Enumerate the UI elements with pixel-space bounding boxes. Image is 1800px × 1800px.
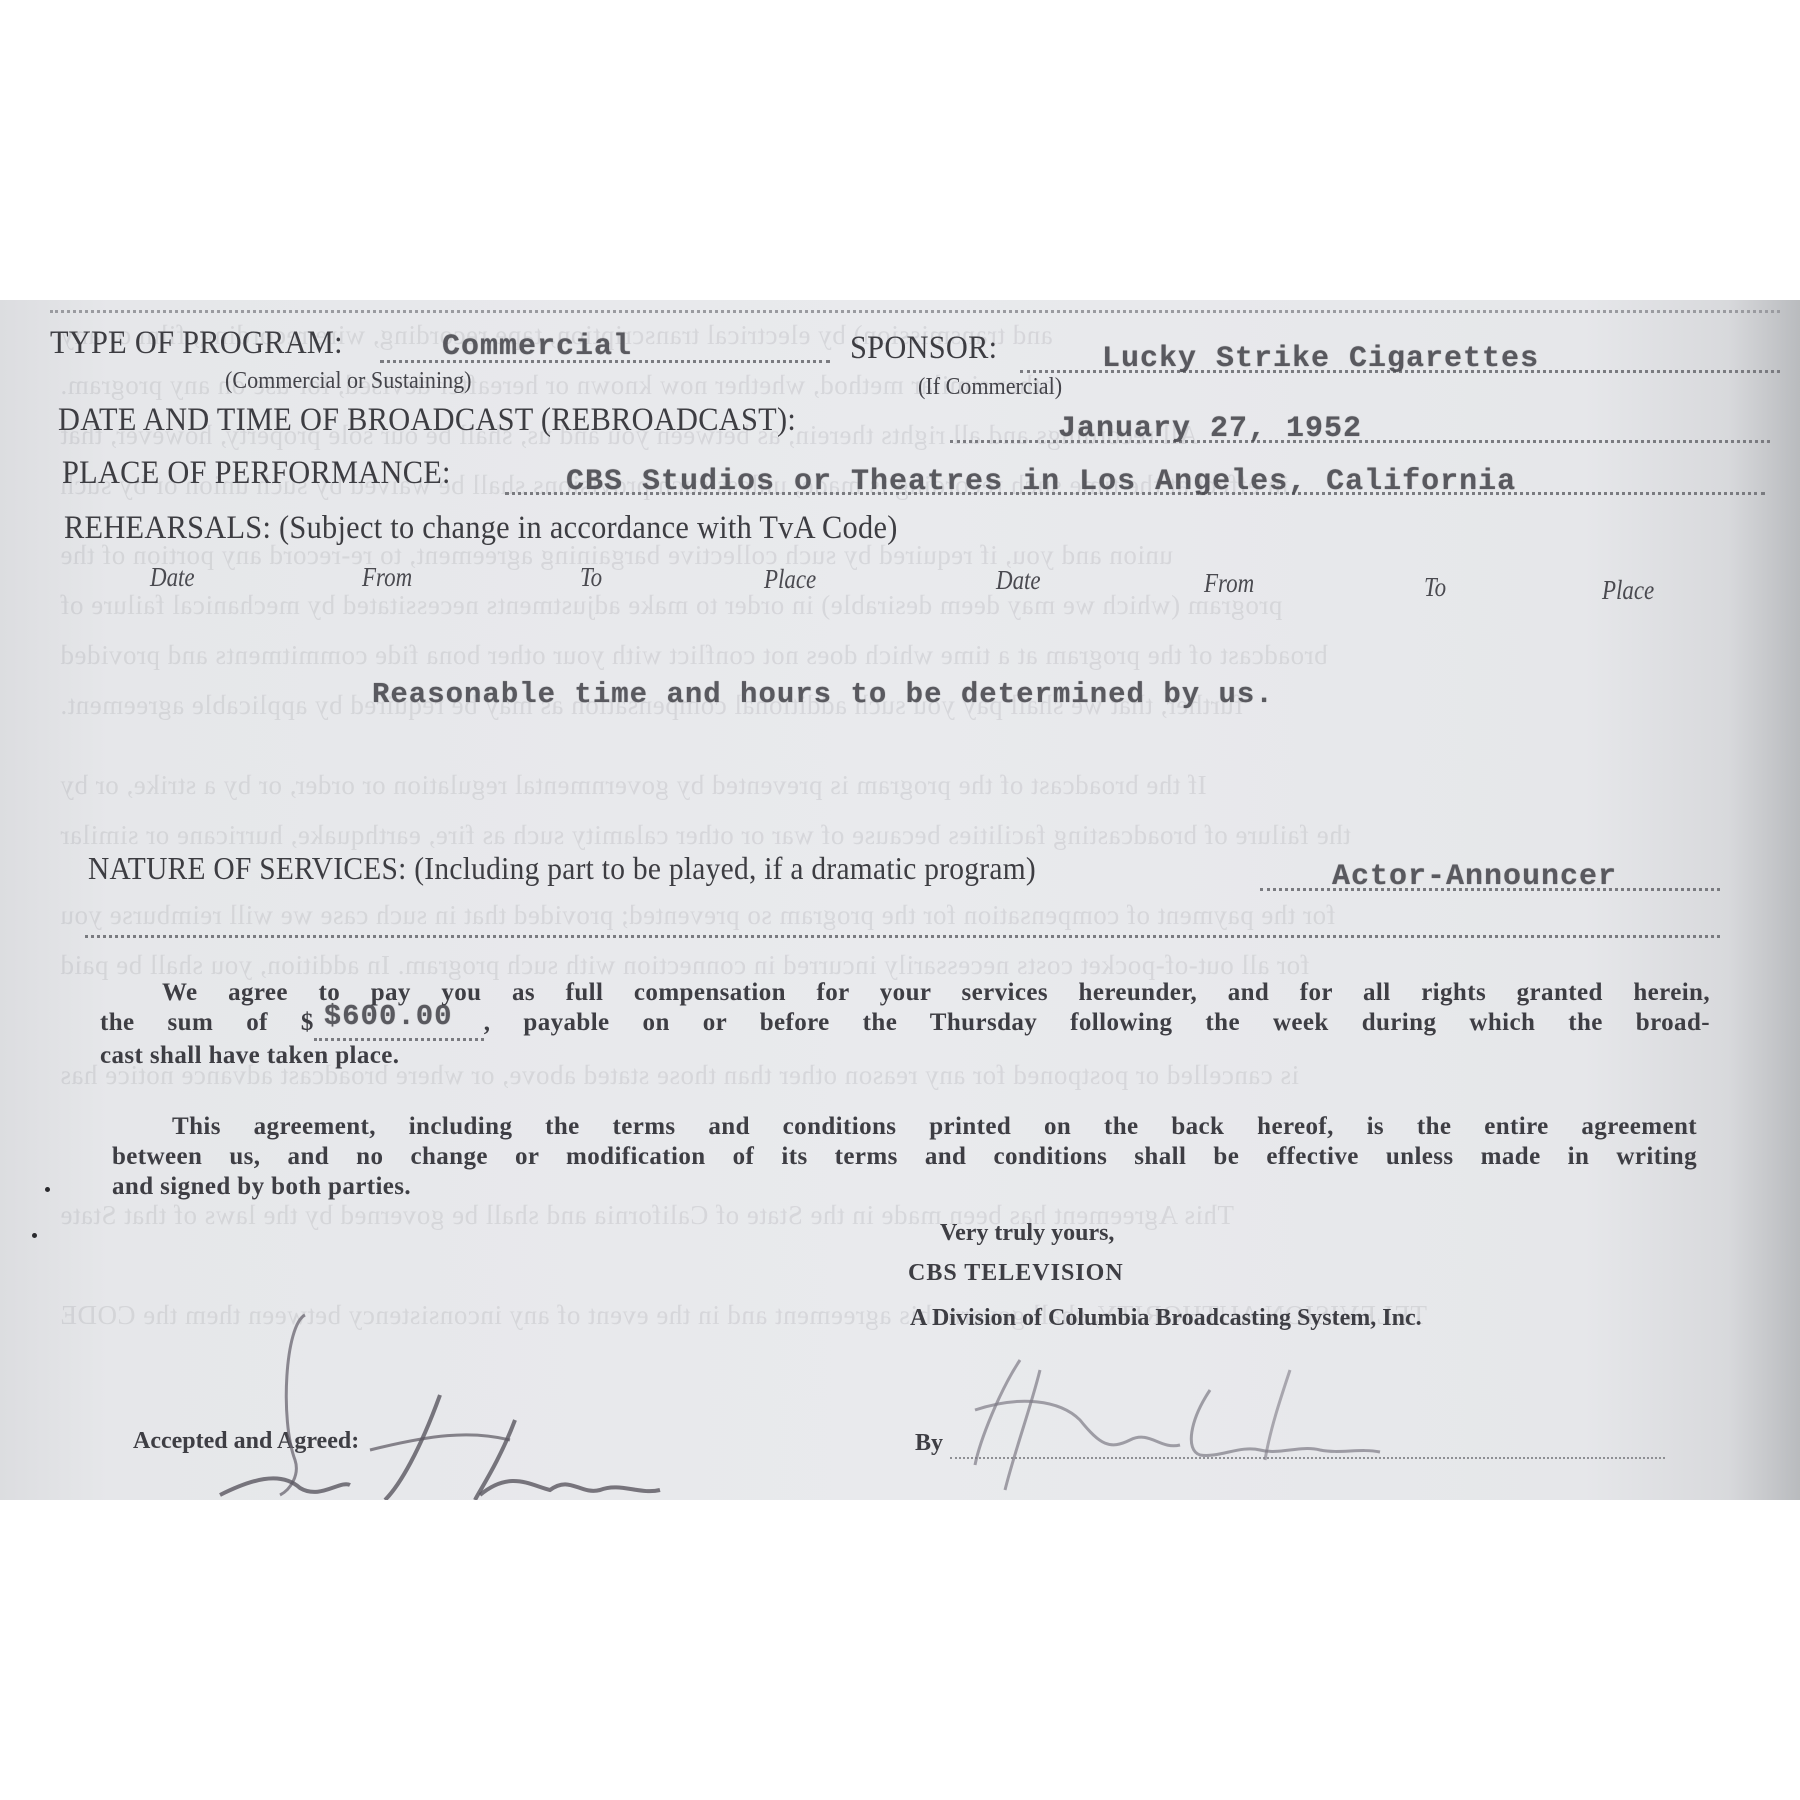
sponsor-hint: (If Commercial) [918, 374, 1062, 401]
nature-of-services-value: Actor-Announcer [1332, 860, 1617, 894]
compensation-sum-suffix: , payable on or before the Thursday foll… [484, 1009, 1710, 1036]
contract-page: and transmission) by electrical transcri… [0, 300, 1800, 1500]
margin-dot [45, 1187, 50, 1192]
broadcast-date-label: DATE AND TIME OF BROADCAST (REBROADCAST)… [58, 402, 796, 439]
sponsor-value: Lucky Strike Cigarettes [1102, 342, 1539, 376]
rehearsal-col-place-2: Place [1602, 575, 1654, 606]
bleed-through-text: the failure of broadcasting facilities b… [60, 820, 1351, 850]
type-of-program-row: TYPE OF PROGRAM: [50, 325, 368, 362]
margin-dot [32, 1233, 37, 1238]
rehearsal-col-to-1: To [580, 562, 602, 593]
rehearsal-col-from-1: From [362, 562, 412, 593]
bleed-through-text: other similar method, whether now known … [60, 370, 1055, 400]
agreement-line-3: and signed by both parties. [112, 1172, 1697, 1202]
type-of-program-value: Commercial [442, 330, 632, 364]
compensation-line-3: cast shall have taken place. [100, 1041, 1710, 1071]
bleed-through-text: If the broadcast of the program is preve… [60, 770, 1207, 800]
cbs-representative-signature-icon [960, 1350, 1520, 1500]
sponsor-label: SPONSOR: [850, 330, 997, 367]
nature-of-services-row: NATURE OF SERVICES: (Including part to b… [88, 850, 1118, 887]
rehearsal-col-place-1: Place [764, 564, 816, 595]
broadcast-date-row: DATE AND TIME OF BROADCAST (REBROADCAST)… [58, 402, 860, 439]
compensation-sum-prefix: the sum of $ [100, 1009, 314, 1036]
place-of-performance-label: PLACE OF PERFORMANCE: [62, 455, 451, 492]
compensation-paragraph: We agree to pay you as full compensation… [100, 978, 1710, 1071]
top-cut-field-line [50, 310, 1780, 313]
rehearsals-value: Reasonable time and hours to be determin… [372, 678, 1274, 711]
agreement-line-1: This agreement, including the terms and … [112, 1112, 1697, 1142]
compensation-amount-field: $600.00 [314, 1008, 484, 1041]
bleed-through-text: for the payment of compensation for the … [60, 900, 1336, 930]
closing-division: A Division of Columbia Broadcasting Syst… [910, 1305, 1422, 1332]
rehearsal-col-date-2: Date [996, 565, 1041, 596]
agreement-line-2: between us, and no change or modificatio… [112, 1142, 1697, 1172]
place-of-performance-row: PLACE OF PERFORMANCE: [62, 455, 485, 492]
sponsor-row: SPONSOR: [850, 330, 1010, 367]
bleed-through-text: for all out-of-pocket costs necessarily … [60, 950, 1310, 980]
nature-of-services-field-line-2 [85, 935, 1720, 938]
rehearsals-row: REHEARSALS: (Subject to change in accord… [64, 510, 970, 547]
nature-of-services-label: NATURE OF SERVICES: (Including part to b… [88, 850, 1036, 887]
rehearsals-label: REHEARSALS: (Subject to change in accord… [64, 510, 898, 547]
closing-company: CBS TELEVISION [908, 1260, 1124, 1287]
compensation-amount: $600.00 [324, 1002, 453, 1032]
bleed-through-text: program (which we may deem desirable) in… [60, 590, 1282, 620]
rehearsal-col-from-2: From [1204, 568, 1254, 599]
rehearsal-col-date-1: Date [150, 562, 195, 593]
closing-salutation: Very truly yours, [940, 1220, 1114, 1247]
place-of-performance-value: CBS Studios or Theatres in Los Angeles, … [566, 465, 1516, 499]
broadcast-date-value: January 27, 1952 [1058, 412, 1362, 446]
agreement-paragraph: This agreement, including the terms and … [112, 1112, 1697, 1202]
type-of-program-hint: (Commercial or Sustaining) [225, 368, 472, 395]
performer-signature-icon [180, 1300, 740, 1500]
by-label: By [915, 1430, 943, 1457]
bleed-through-text: broadcast of the program at a time which… [60, 640, 1328, 670]
type-of-program-label: TYPE OF PROGRAM: [50, 325, 343, 362]
compensation-line-2: the sum of $$600.00 , payable on or befo… [100, 1008, 1710, 1041]
rehearsal-col-to-2: To [1424, 572, 1446, 603]
